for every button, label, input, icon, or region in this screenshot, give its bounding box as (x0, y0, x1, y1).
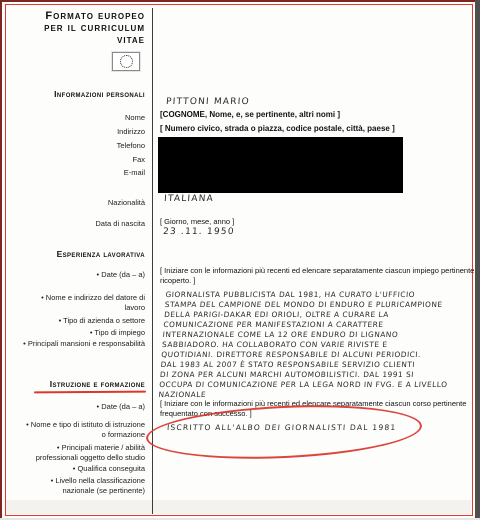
education-bullet-livello: • Livello nella classificazione nazional… (7, 476, 145, 495)
birthdate-handwritten-value: 23 .11. 1950 (163, 227, 235, 237)
scan-shadow-bottom (6, 500, 471, 514)
page-edge-top (0, 0, 480, 2)
section-header-education: Istruzione e formazione (50, 379, 145, 389)
section-header-work-experience: Esperienza lavorativa (57, 249, 145, 259)
field-label-fax: Fax (7, 155, 145, 165)
field-label-telefono: Telefono (7, 141, 145, 151)
eu-flag-logo (112, 52, 140, 71)
field-label-nazionalita: Nazionalità (7, 198, 145, 208)
name-format-hint: [COGNOME, Nome, e, se pertinente, altri … (160, 110, 340, 120)
field-label-indirizzo: Indirizzo (7, 127, 145, 137)
name-handwritten-value: PITTONI MARIO (166, 97, 250, 107)
field-label-data-di-nascita: Data di nascita (7, 219, 145, 229)
education-bullet-date: • Date (da – a) (7, 402, 145, 412)
eu-stars-circle-icon (120, 55, 133, 68)
address-format-hint: [ Numero civico, strada o piazza, codice… (160, 124, 395, 134)
field-label-email: E-mail (7, 168, 145, 178)
nationality-handwritten-value: ITALIANA (164, 194, 215, 204)
education-red-underline-annotation (34, 391, 146, 394)
scanned-cv-page: Formato europeo per il curriculum vitae … (0, 0, 480, 520)
work-experience-handwritten-text: GIORNALISTA PUBBLICISTA DAL 1981, HA CUR… (158, 290, 454, 400)
page-edge-left (0, 0, 2, 520)
work-bullet-mansioni: • Principali mansioni e responsabilità (7, 339, 145, 349)
education-bullet-istituto: • Nome e tipo di istituto di istruzione … (7, 420, 145, 439)
column-divider (152, 8, 153, 514)
work-experience-hint: [ Iniziare con le informazioni più recen… (160, 266, 475, 286)
work-bullet-tipo-impiego: • Tipo di impiego (7, 328, 145, 338)
education-bullet-qualifica: • Qualifica conseguita (7, 464, 145, 474)
birthdate-format-hint: [ Giorno, mese, anno ] (160, 217, 234, 227)
field-label-nome: Nome (7, 113, 145, 123)
education-handwritten-text: ISCRITTO ALL'ALBO DEI GIORNALISTI DAL 19… (167, 423, 397, 432)
document-title: Formato europeo per il curriculum vitae (9, 10, 145, 46)
education-hint: [ Iniziare con le informazioni più recen… (160, 399, 475, 419)
work-bullet-date: • Date (da – a) (7, 270, 145, 280)
page-edge-right (475, 0, 480, 520)
redacted-contact-block (158, 137, 403, 193)
section-header-personal-info: Informazioni personali (54, 89, 145, 99)
page-border-frame (5, 4, 473, 516)
work-bullet-tipo-azienda: • Tipo di azienda o settore (7, 316, 145, 326)
education-bullet-materie: • Principali materie / abilità professio… (7, 443, 145, 462)
work-bullet-datore-lavoro: • Nome e indirizzo del datore di lavoro (7, 293, 145, 312)
